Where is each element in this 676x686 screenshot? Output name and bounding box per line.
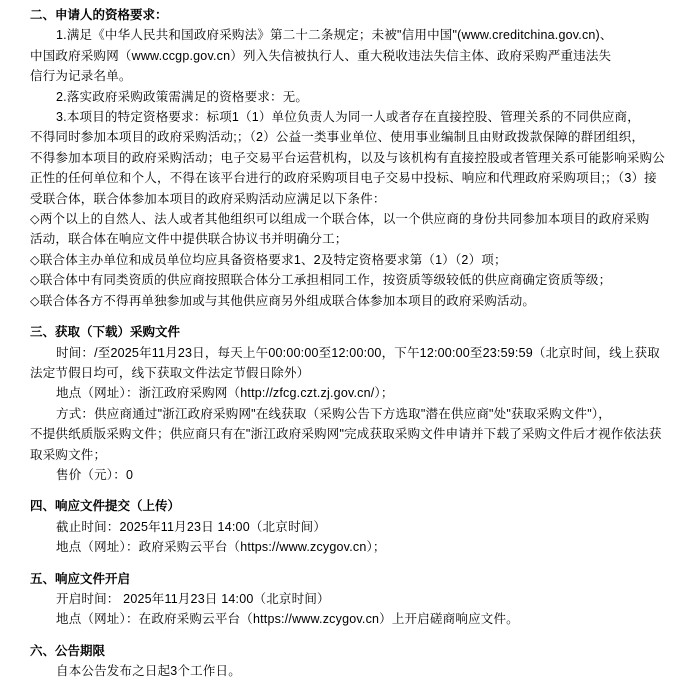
document-line: 地点（网址）：浙江政府采购网（http://zfcg.czt.zj.gov.cn… <box>30 383 652 403</box>
document-line: 方式：供应商通过"浙江政府采购网"在线获取（采购公告下方选取"潜在供应商"处"获… <box>30 404 652 424</box>
document-line: 受联合体，联合体参加本项目的政府采购活动应满足以下条件： <box>30 189 652 209</box>
document-line: 开启时间： 2025年11月23日 14:00（北京时间） <box>30 589 652 609</box>
section-heading: 三、获取（下载）采购文件 <box>30 322 652 342</box>
document-line: 取采购文件； <box>30 445 652 465</box>
document-line: 不提供纸质版采购文件；供应商只有在"浙江政府采购网"完成获取采购文件申请并下载了… <box>30 424 652 444</box>
document-body: 二、申请人的资格要求：1.满足《中华人民共和国政府采购法》第二十二条规定；未被"… <box>30 5 652 682</box>
document-line: ◇联合体中有同类资质的供应商按照联合体分工承担相同工作，按资质等级较低的供应商确… <box>30 270 652 290</box>
section-heading: 二、申请人的资格要求： <box>30 5 652 25</box>
section: 二、申请人的资格要求：1.满足《中华人民共和国政府采购法》第二十二条规定；未被"… <box>30 5 652 311</box>
document-line: 不得参加本项目的政府采购活动；电子交易平台运营机构，以及与该机构有直接控股或者管… <box>30 148 652 168</box>
section: 四、响应文件提交（上传）截止时间：2025年11月23日 14:00（北京时间）… <box>30 496 652 557</box>
section-heading: 六、公告期限 <box>30 641 652 661</box>
document-line: 信行为记录名单。 <box>30 66 652 86</box>
document-line: 2.落实政府采购政策需满足的资格要求：无。 <box>30 87 652 107</box>
document-line: 活动，联合体在响应文件中提供联合协议书并明确分工； <box>30 229 652 249</box>
document-line: 地点（网址）：在政府采购云平台（https://www.zcygov.cn）上开… <box>30 609 652 629</box>
document-line: 地点（网址）：政府采购云平台（https://www.zcygov.cn）； <box>30 537 652 557</box>
document-line: 中国政府采购网（www.ccgp.gov.cn）列入失信被执行人、重大税收违法失… <box>30 46 652 66</box>
document-line: ◇两个以上的自然人、法人或者其他组织可以组成一个联合体，以一个供应商的身份共同参… <box>30 209 652 229</box>
section-heading: 四、响应文件提交（上传） <box>30 496 652 516</box>
section: 五、响应文件开启开启时间： 2025年11月23日 14:00（北京时间）地点（… <box>30 569 652 630</box>
section-heading: 五、响应文件开启 <box>30 569 652 589</box>
document-line: 截止时间：2025年11月23日 14:00（北京时间） <box>30 517 652 537</box>
procurement-notice-document: 二、申请人的资格要求：1.满足《中华人民共和国政府采购法》第二十二条规定；未被"… <box>0 0 676 686</box>
document-line: 3.本项目的特定资格要求：标项1（1）单位负责人为同一人或者存在直接控股、管理关… <box>30 107 652 127</box>
document-line: 1.满足《中华人民共和国政府采购法》第二十二条规定；未被"信用中国"(www.c… <box>30 25 652 45</box>
section: 三、获取（下载）采购文件时间：/至2025年11月23日，每天上午00:00:0… <box>30 322 652 485</box>
document-line: 时间：/至2025年11月23日，每天上午00:00:00至12:00:00，下… <box>30 343 652 363</box>
document-line: ◇联合体主办单位和成员单位均应具备资格要求1、2及特定资格要求第（1）（2）项； <box>30 250 652 270</box>
document-line: 自本公告发布之日起3个工作日。 <box>30 661 652 681</box>
document-line: 法定节假日均可，线下获取文件法定节假日除外） <box>30 363 652 383</box>
document-line: 售价（元）：0 <box>30 465 652 485</box>
document-line: 不得同时参加本项目的政府采购活动;；（2）公益一类事业单位、使用事业编制且由财政… <box>30 127 652 147</box>
document-line: 正性的任何单位和个人，不得在该平台进行的政府采购项目电子交易中投标、响应和代理政… <box>30 168 652 188</box>
section: 六、公告期限自本公告发布之日起3个工作日。 <box>30 641 652 682</box>
document-line: ◇联合体各方不得再单独参加或与其他供应商另外组成联合体参加本项目的政府采购活动。 <box>30 291 652 311</box>
